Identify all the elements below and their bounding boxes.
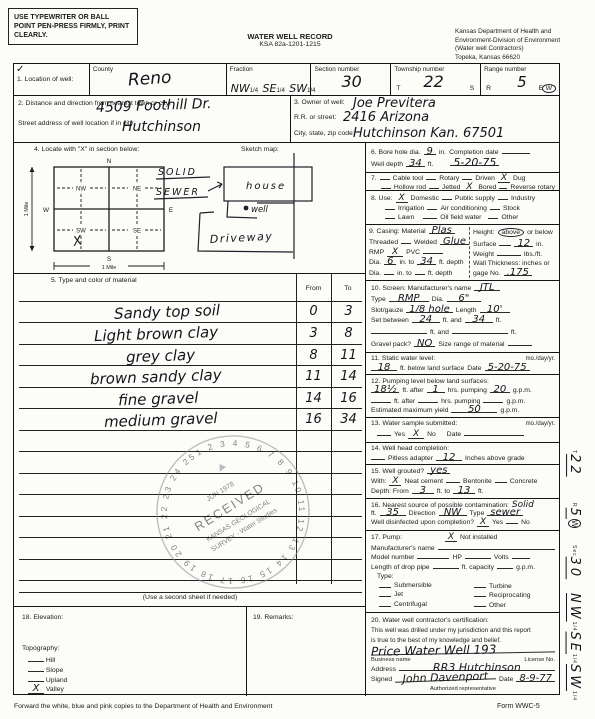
township-value: 22 [423, 72, 443, 91]
s9-l4b: in. to [399, 259, 414, 266]
fraction-cell: Fraction NW1/4 SE1/4 SW1/4 [226, 64, 311, 95]
blank [427, 204, 437, 210]
s17-jet-item: Jet [379, 591, 471, 598]
distance-address-cell: 2. Distance and direction from nearest t… [14, 96, 290, 142]
s12-l4: Estimated maximum yield [371, 407, 448, 414]
material-row-4: fine gravel [118, 389, 199, 410]
elevation-label: 18. Elevation: [22, 614, 63, 621]
s9-above-circled: above [498, 228, 525, 237]
s15-l3c: ft. [478, 488, 484, 495]
s7-bored-checkbox: X [463, 184, 475, 191]
right-column: 6. Bore hole dia.9in.Completion date Wel… [365, 143, 559, 696]
from-row-0: 0 [296, 304, 331, 319]
s20-signed-value: John Davenport [395, 675, 496, 684]
s7-bored: Bored [478, 184, 496, 191]
street-address-value: 4509 Foothill Dr. [96, 96, 212, 116]
material-row-5: medium gravel [104, 409, 218, 431]
table-line [19, 430, 362, 431]
to-row-0: 3 [331, 304, 366, 319]
to-row-2: 11 [331, 348, 366, 363]
form-title-line1: WATER WELL RECORD [200, 32, 380, 41]
location-label-cell: 1. Location of well: [14, 64, 89, 95]
grid-west-label: W [43, 207, 50, 214]
blank [452, 328, 508, 334]
s6-l1a: 6. Bore hole dia. [371, 149, 421, 156]
sketch-map-drawing: SOLID SEWER house well Driveway [154, 151, 364, 271]
s9-rmp-x: X [392, 251, 398, 254]
main-row: 4. Locate with "X" in section below: Ske… [14, 143, 559, 696]
blank [418, 397, 438, 403]
blank [433, 563, 459, 569]
s12-l2c: g.p.m. [513, 387, 532, 394]
mile-horizontal-label: 1 Mile [102, 265, 117, 271]
s20-date-value: 8-9-77 [516, 677, 555, 682]
blank [474, 582, 486, 588]
s14-l1: 14. Well head completion: [371, 445, 449, 452]
margin-q2-label: 1/4 [571, 654, 577, 664]
s17-notinstalled-checkbox: X [445, 534, 457, 542]
sketch-driveway-label: Driveway [209, 230, 273, 246]
blank [488, 213, 498, 219]
county-label: County [93, 66, 113, 73]
s10-length-value: 10' [480, 308, 510, 313]
s9-left: 9. Casing: MaterialPlas ThreadedWeldedGl… [369, 227, 469, 278]
blank [462, 174, 472, 180]
to-header: To [331, 285, 365, 292]
s10-gravel-value: NO [414, 342, 435, 347]
s15-l1: 15. Well grouted? [371, 468, 424, 475]
section-number-value: 30 [341, 72, 361, 91]
section6-borehole: 6. Bore hole dia.9in.Completion date Wel… [366, 143, 559, 173]
section15-grouting: 15. Well grouted?yes With:XNeat cementBe… [366, 465, 559, 499]
agency-line4: Topeka, Kansas 66620 [455, 54, 560, 63]
s10-l2b: Dia. [432, 296, 444, 303]
s20-signed-label: Signed [371, 676, 392, 683]
s8-domestic: Domestic [411, 195, 439, 202]
blank [28, 676, 44, 682]
blank [28, 656, 44, 662]
from-row-3: 11 [296, 369, 331, 384]
margin-range: R5W [565, 503, 583, 528]
s7-cable: Cable tool [393, 175, 424, 182]
s10-name-value: JTL [474, 286, 500, 291]
owner-value: Joe Previtera [353, 96, 436, 111]
fraction-value: NW1/4 SE1/4 SW1/4 [231, 79, 316, 97]
s15-l3a: Depth: From [371, 488, 409, 495]
s11-date-value: 5-20-75 [485, 366, 530, 371]
blank [426, 174, 436, 180]
table-line [19, 344, 362, 345]
s7-dug: Dug [513, 175, 525, 182]
blank [423, 248, 443, 254]
blank [417, 553, 449, 559]
s11-l2: ft. below land surface [400, 365, 464, 372]
s10-type-value: RMP [389, 297, 429, 302]
form-statute: KSA 82a-1201-1215 [200, 41, 380, 48]
s9-h3b: lbs./ft. [524, 251, 542, 258]
margin-section-value: 30 [567, 557, 582, 580]
owner-city-label: City, state, zip code: [294, 130, 355, 137]
blank [498, 194, 508, 200]
margin-q3-label: 1/4 [571, 691, 577, 701]
blank [483, 397, 503, 403]
margin-quarters: NW1/4SE1/4SW1/4 [565, 593, 583, 701]
sketch-sewer-label: SEWER [156, 187, 200, 198]
s13-no: No [427, 431, 436, 438]
s16-l2b: Direction [409, 510, 436, 517]
material-row-3: brown sandy clay [90, 366, 222, 389]
agency-line2: Environment-Division of Environment [455, 37, 560, 46]
grid-se-label: SE [133, 229, 141, 235]
s17-volts: Volts [494, 554, 509, 561]
township-cell: Township number T 22 S [390, 64, 480, 95]
margin-q2-value: SE [567, 632, 582, 654]
s20-l1: 20. Water well contractor's certificatio… [371, 617, 489, 624]
s7-reverse: Reverse rotary [510, 184, 555, 191]
s17-drop: Length of drop pipe [371, 564, 430, 571]
s7-rotary: Rotary [439, 175, 459, 182]
blank [384, 269, 394, 275]
remarks-label: 19. Remarks: [253, 614, 293, 621]
blank [438, 544, 555, 550]
s9-l2a: Threaded [369, 239, 398, 246]
s12-l4b: g.p.m. [500, 407, 519, 414]
s17-other: Other [489, 602, 506, 609]
s6-depth-value: 34 [406, 162, 425, 167]
s11-date-label: Date [467, 365, 481, 372]
material-row-2: grey clay [126, 346, 196, 366]
topo-hill: Hill [28, 656, 55, 664]
blank [379, 601, 391, 607]
s10-set-from-value: 24 [412, 318, 440, 323]
s10-l3b: Length [456, 307, 477, 314]
s17-l1: 17. Pump: [371, 534, 402, 541]
upland-label: Upland [46, 677, 68, 684]
s16-type-value: sewer [487, 511, 523, 516]
valley-x-mark: X [33, 687, 40, 690]
s9-material-value: Plas [429, 229, 455, 234]
section13-water-sample: 13. Water sample submitted:mo./day/yr. Y… [366, 418, 559, 443]
sketch-solid-label: SOLID [158, 167, 197, 178]
s15-to-value: 13 [453, 489, 475, 494]
location-row: 1. Location of well: County Reno Fractio… [14, 64, 559, 96]
s6-l2b: ft. [428, 161, 434, 168]
blank [415, 269, 425, 275]
s12-gpm-value: 20 [490, 388, 510, 393]
s10-l4c: ft. [496, 317, 502, 324]
s8-oil: Oil field water [440, 214, 481, 221]
from-header: From [296, 285, 331, 292]
s6-dia-value: 9 [424, 150, 436, 155]
fraction-q2: SE [263, 82, 277, 95]
elevation-remarks-row: 18. Elevation: Topography: Hill Slope Up… [14, 606, 365, 696]
form-title: WATER WELL RECORD KSA 82a-1201-1215 [200, 32, 380, 48]
s8-industry: Industry [511, 195, 535, 202]
from-row-4: 14 [296, 391, 331, 406]
s16-l3: Well disinfected upon completion? [371, 519, 474, 526]
s20-license-label: License No. [524, 657, 555, 663]
section7-method: 7.Cable toolRotaryDrivenXDug Hollow rodJ… [366, 173, 559, 191]
material-row-0: Sandy top soil [114, 301, 221, 323]
s12-l2b: hrs. pumping [448, 387, 487, 394]
s16-l2a: ft. [371, 510, 377, 517]
owner-cell: 3. Owner of well: Joe Previtera R.R. or … [290, 96, 559, 142]
s9-l5a: Dia. [369, 270, 381, 277]
range-label: Range number [484, 66, 526, 73]
owner-city-value: Hutchinson Kan. 67501 [353, 126, 504, 141]
blank [380, 174, 390, 180]
s16-yes-checkbox: X [477, 519, 489, 527]
s16-yes-x: X [480, 521, 486, 524]
s9-h2b: in. [536, 241, 543, 248]
s10-l3a: Slot/gauze [371, 307, 403, 314]
s17-model: Model number [371, 554, 414, 561]
s7-hollow: Hollow rod [394, 184, 426, 191]
s17-hp: HP [452, 554, 461, 561]
margin-section: Sec30 [565, 545, 583, 579]
instructions-box: USE TYPEWRITER OR BALL POINT PEN-PRESS F… [8, 8, 138, 45]
blank [465, 553, 491, 559]
blank [499, 183, 507, 189]
range-prefix: R [486, 85, 491, 92]
s10-l5b: ft. [511, 329, 517, 336]
s15-bentonite: Bentonite [463, 478, 492, 485]
agency-address: Kansas Department of Health and Environm… [455, 28, 560, 63]
blank [371, 397, 391, 403]
form-number: Form WWC-5 [497, 703, 540, 710]
s16-direction-value: NW [439, 511, 467, 516]
s9-l3a: RMP [369, 249, 384, 256]
stamp-pointer-icon [216, 462, 226, 472]
s20-auth-label: Authorized representative [430, 686, 496, 692]
s9-l4a: Dia. [369, 259, 381, 266]
s12-l2a: ft. after [402, 387, 423, 394]
blank [379, 582, 391, 588]
margin-township-value: 22 [567, 454, 582, 477]
fraction-q1: NW [231, 82, 250, 95]
s7-driven: Driven [475, 175, 495, 182]
water-well-record-scan: USE TYPEWRITER OR BALL POINT PEN-PRESS F… [0, 0, 595, 719]
street-address-label: Street address of well location if in ci… [18, 120, 135, 127]
table-line [19, 408, 362, 409]
form-body: 1. Location of well: County Reno Fractio… [13, 63, 560, 695]
to-row-1: 8 [331, 326, 366, 341]
s9-h3a: Weight [473, 251, 494, 258]
blank [381, 183, 391, 189]
s17-submersible: Submersible [394, 582, 432, 589]
s10-l4a: Set between [371, 317, 409, 324]
s15-neat: Neat cement [404, 478, 443, 485]
section4-locate: 4. Locate with "X" in section below: Ske… [14, 143, 365, 274]
topo-valley: X Valley [28, 686, 64, 694]
s8-public: Public supply [455, 195, 495, 202]
s10-l1: 10. Screen: Manufacturer's name [371, 285, 471, 292]
s14-l2b: Inches above grade [465, 455, 525, 462]
valley-label: Valley [46, 686, 64, 693]
margin-q1-label: 1/4 [571, 622, 577, 632]
slope-label: Slope [46, 667, 63, 674]
s20-business-value: Price Water Well 193 [371, 645, 555, 655]
s6-l1c: Completion date [449, 149, 499, 156]
s15-from-value: 3 [412, 489, 434, 494]
fraction-q1-denom: 1/4 [250, 88, 258, 94]
blank [474, 601, 486, 607]
grid-north-label: N [107, 158, 112, 165]
left-column: 4. Locate with "X" in section below: Ske… [14, 143, 365, 696]
s15-l3b: ft. to [437, 488, 450, 495]
margin-section-label: Sec [571, 545, 577, 557]
section8-use: 8. Use:XDomesticPublic supplyIndustry Ir… [366, 191, 559, 225]
blank [502, 148, 530, 154]
township-suffix: S [470, 85, 475, 92]
grid-ne-label: NE [133, 187, 141, 193]
blank [371, 328, 427, 334]
location-label: 1. Location of well: [17, 76, 73, 83]
s16-l2c: Type [470, 510, 485, 517]
mile-vertical-label: 1 Mile [24, 202, 30, 217]
section9-casing: 9. Casing: MaterialPlas ThreadedWeldedGl… [366, 225, 559, 281]
section14-wellhead: 14. Well head completion: Pitless adapte… [366, 443, 559, 465]
s10-l4b: ft. and [443, 317, 462, 324]
grid-south-label: S [107, 256, 112, 263]
blank [28, 666, 44, 672]
s20-address-label: Address [371, 666, 396, 673]
fraction-q3: SW [289, 82, 307, 95]
county-cell: County Reno [89, 64, 226, 95]
material-row-1: Light brown clay [94, 323, 219, 345]
margin-range-west-circled: W [568, 519, 581, 529]
s6-l1b: in. [439, 149, 446, 156]
s10-l6b: Size range of material [438, 341, 504, 348]
s6-l2a: Well depth [371, 161, 403, 168]
fraction-q2-denom: 1/4 [276, 88, 284, 94]
blank [497, 563, 513, 569]
s17-centrifugal: Centrifugal [394, 601, 427, 608]
to-row-5: 34 [331, 412, 366, 427]
s8-domestic-checkbox: X [396, 195, 408, 203]
blank [423, 213, 437, 219]
to-row-3: 14 [331, 369, 366, 384]
blank [385, 213, 395, 219]
section19-remarks: 19. Remarks: [247, 607, 365, 696]
s12-hrs-value: 1 [427, 388, 445, 393]
valley-checkbox: X [28, 686, 44, 694]
blank [442, 194, 452, 200]
margin-q1-value: NW [567, 593, 582, 622]
s17-reciprocating: Reciprocating [489, 592, 531, 599]
forward-copies-note: Forward the white, blue and pink copies … [14, 703, 272, 710]
s9-welded-value: Glue [440, 240, 469, 245]
s8-lawn: Lawn [398, 214, 414, 221]
s12-ft-value: 18½ [371, 388, 399, 393]
section16-contamination: 16. Nearest source of possible contamina… [366, 499, 559, 531]
s9-gage-value: .175 [504, 271, 532, 276]
s13-no-x: X [413, 433, 419, 436]
s17-jet: Jet [394, 591, 403, 598]
s12-yield-value: 50 [451, 408, 497, 413]
s9-or-below: or below [527, 229, 553, 236]
blank [464, 430, 524, 436]
s9-ft-value: 34 [417, 260, 436, 265]
s17-type-label: Type: [377, 573, 394, 580]
s9-h1: Height: [473, 229, 495, 236]
s12-l3a: ft. after [394, 398, 415, 405]
s13-unit: mo./day/yr. [526, 421, 555, 427]
s17-notinstalled-x: X [448, 536, 454, 539]
topo-slope: Slope [28, 666, 63, 674]
range-cell: Range number R 5 E W [480, 64, 559, 95]
s7-jetted: Jetted [442, 184, 461, 191]
s8-number: 8. Use: [371, 195, 393, 202]
s8-stock: Stock [503, 205, 520, 212]
section17-pump: 17. Pump:XNot installed Manufacturer's n… [366, 531, 559, 613]
s7-number: 7. [371, 175, 377, 182]
blank [446, 477, 460, 483]
s9-dia-value: 6 [384, 260, 396, 265]
s13-date-label: Date [447, 431, 461, 438]
fraction-label: Fraction [230, 66, 253, 73]
hill-label: Hill [46, 657, 55, 664]
s14-l2a: Pitless adapter [388, 455, 433, 462]
s17-ftcap: ft. capacity [462, 564, 495, 571]
s7-dug-x: X [501, 177, 507, 180]
s8-irrigation: Irrigation [398, 205, 424, 212]
s11-ft-value: 18 [371, 366, 397, 371]
s15-value: yes [427, 469, 450, 474]
s15-neat-checkbox: X [389, 478, 401, 486]
range-west-circled: W [542, 84, 556, 93]
s9-h5a: gage No. [473, 270, 501, 277]
blank [506, 518, 518, 524]
s9-l4c: ft. depth [439, 259, 464, 266]
section-number-cell: Section number 30 [310, 64, 390, 95]
s9-l5c: ft. depth [428, 270, 453, 277]
blank [499, 240, 511, 246]
blank [429, 183, 439, 189]
s7-bored-x: X [466, 186, 472, 189]
blank [495, 477, 507, 483]
grid-nw-label: NW [76, 187, 86, 193]
s15-neat-x: X [392, 480, 398, 483]
s10-l5a: ft. and [430, 329, 449, 336]
s17-turbine: Turbine [489, 583, 512, 590]
grid-x-mark: X [71, 233, 85, 250]
s10-l2a: Type [371, 296, 386, 303]
owner-street-value: 2416 Arizona [343, 110, 429, 125]
blank [508, 340, 532, 346]
s17-submersible-item: Submersible [379, 582, 471, 589]
s6-date-value: 5-20-75 [450, 161, 499, 166]
s20-l2: This well was drilled under my jurisdict… [371, 627, 531, 634]
owner-label: 3. Owner of well: [294, 99, 345, 106]
s9-l1: 9. Casing: Material [369, 228, 426, 235]
city-value: Hutchinson [122, 119, 201, 135]
s17-centrifugal-item: Centrifugal [379, 601, 471, 608]
blank [497, 250, 521, 256]
blank [512, 553, 530, 559]
s16-yes: Yes [492, 519, 503, 526]
margin-township: T22 [565, 450, 583, 477]
blank [379, 591, 391, 597]
s17-not-installed: Not installed [460, 534, 497, 541]
s9-l5b: in. to [397, 270, 412, 277]
s13-no-checkbox: X [408, 431, 424, 439]
margin-q3-value: SW [567, 664, 582, 691]
township-prefix: T [396, 85, 400, 92]
s17-mfr: Manufacturer's name [371, 545, 435, 552]
s9-right: Height:aboveor below Surface12in. Weight… [469, 227, 556, 278]
s9-surface-value: 12 [514, 242, 533, 247]
